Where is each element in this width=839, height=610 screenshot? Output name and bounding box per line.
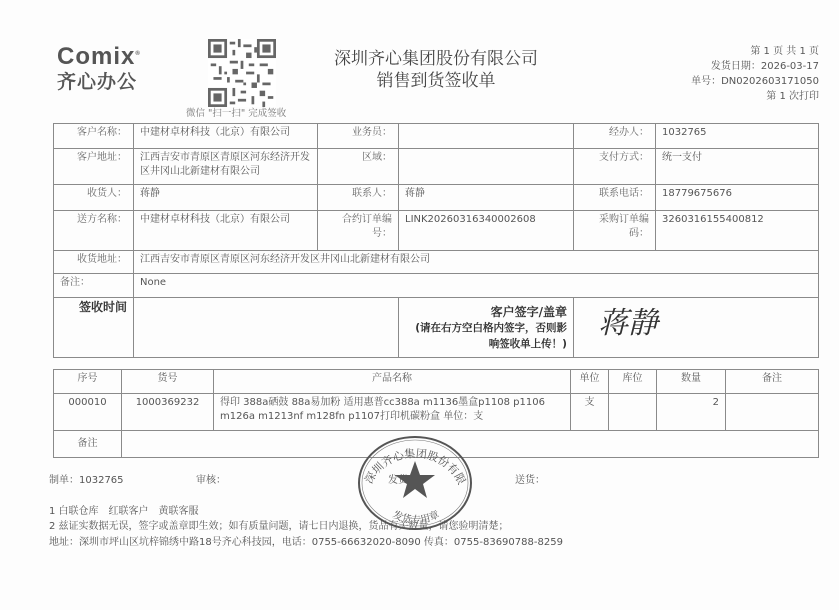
item-name: 得印 388a硒鼓 88a易加粉 适用惠普cc388a m1136墨盒p1108… [214,394,571,431]
sign-time[interactable] [134,298,399,358]
ship-date: 发货日期：2026-03-17 [691,59,819,74]
ship-address-label: 收货地址： [54,251,134,274]
po-label: 采购订单编码： [574,211,656,251]
payment-label: 支付方式： [574,149,656,185]
salesman [399,124,574,149]
item-unit: 支 [571,394,609,431]
customer-address: 江西吉安市青原区青原区河东经济开发区井冈山北新建材有限公司 [134,149,318,185]
info-row: 客户名称： 中建材卓材科技（北京）有限公司 业务员： 经办人： 1032765 [54,124,819,149]
payment-method: 统一支付 [656,149,819,185]
receiver-label: 收货人： [54,185,134,211]
info-table: 客户名称： 中建材卓材科技（北京）有限公司 业务员： 经办人： 1032765 … [53,123,819,358]
print-count: 第 1 次打印 [691,89,819,104]
copy-note: 1 白联仓库 红联客户 黄联客服 [49,502,199,517]
sign-label: 客户签字/盖章 [405,304,567,320]
company-address: 地址：深圳市坪山区坑梓锦绣中路18号齐心科技园，电话：0755-66632020… [49,533,563,548]
header-quantity: 数量 [657,370,726,394]
sender-label: 送方名称： [54,211,134,251]
sign-row: 签收时间 客户签字/盖章 (请在右方空白格内签字，否则影响签收单上传！) 蒋静 [54,298,819,358]
header-seq: 序号 [54,370,122,394]
customer-address-label: 客户地址： [54,149,134,185]
logo-chinese: 齐心办公 [57,67,137,94]
info-row: 送方名称： 中建材卓材科技（北京）有限公司 合约订单编号： LINK202603… [54,211,819,251]
item-quantity: 2 [657,394,726,431]
sign-hint: (请在右方空白格内签字，否则影响签收单上传！) [405,320,567,352]
region [399,149,574,185]
phone: 18779675676 [656,185,819,211]
table-row: 000010 1000369232 得印 388a硒鼓 88a易加粉 适用惠普c… [54,394,819,431]
document-title: 销售到货签收单 [330,66,542,91]
remark-label: 备注： [54,274,134,298]
info-row: 收货地址： 江西吉安市青原区青原区河东经济开发区井冈山北新建材有限公司 [54,251,819,274]
salesman-label: 业务员： [318,124,399,149]
header-unit: 单位 [571,370,609,394]
qr-code-icon [208,39,276,107]
deliverer: 送货： [515,471,545,486]
header-sku: 货号 [122,370,214,394]
signature-box[interactable]: 蒋静 [574,298,819,358]
items-remark-label: 备注 [54,431,122,458]
item-seq: 000010 [54,394,122,431]
customer-name-label: 客户名称： [54,124,134,149]
contract-number: LINK20260316340002608 [399,211,574,251]
contact-label: 联系人： [318,185,399,211]
doc-meta: 第 1 页 共 1 页 发货日期：2026-03-17 单号：DN0202603… [691,44,819,104]
info-row: 备注： None [54,274,819,298]
handler: 1032765 [656,124,819,149]
item-remark [726,394,819,431]
handler-label: 经办人： [574,124,656,149]
phone-label: 联系电话： [574,185,656,211]
sign-label-cell: 客户签字/盖章 (请在右方空白格内签字，否则影响签收单上传！) [399,298,574,358]
order-number: 单号：DN0202603171050 [691,74,819,89]
qr-caption: 微信 "扫一扫" 完成签收 [186,105,286,119]
item-location [609,394,657,431]
info-row: 收货人： 蒋静 联系人： 蒋静 联系电话： 18779675676 [54,185,819,211]
remark: None [134,274,819,298]
customer-name: 中建材卓材科技（北京）有限公司 [134,124,318,149]
region-label: 区域： [318,149,399,185]
sign-time-label: 签收时间 [54,298,134,358]
item-sku: 1000369232 [122,394,214,431]
contact: 蒋静 [399,185,574,211]
reviewer: 审核： [196,471,226,486]
contract-label: 合约订单编号： [318,211,399,251]
receiver: 蒋静 [134,185,318,211]
company-stamp-icon: 深圳齐心集团股份有限公司 发货专用章 [356,435,474,531]
page-info: 第 1 页 共 1 页 [691,44,819,59]
sender: 中建材卓材科技（北京）有限公司 [134,211,318,251]
info-row: 客户地址： 江西吉安市青原区青原区河东经济开发区井冈山北新建材有限公司 区域： … [54,149,819,185]
header-remark: 备注 [726,370,819,394]
ship-address: 江西吉安市青原区青原区河东经济开发区井冈山北新建材有限公司 [134,251,819,274]
signature: 蒋静 [598,306,658,341]
header-location: 库位 [609,370,657,394]
items-header-row: 序号 货号 产品名称 单位 库位 数量 备注 [54,370,819,394]
po-number: 3260316155400812 [656,211,819,251]
header-product-name: 产品名称 [214,370,571,394]
maker: 制单：1032765 [49,471,124,486]
